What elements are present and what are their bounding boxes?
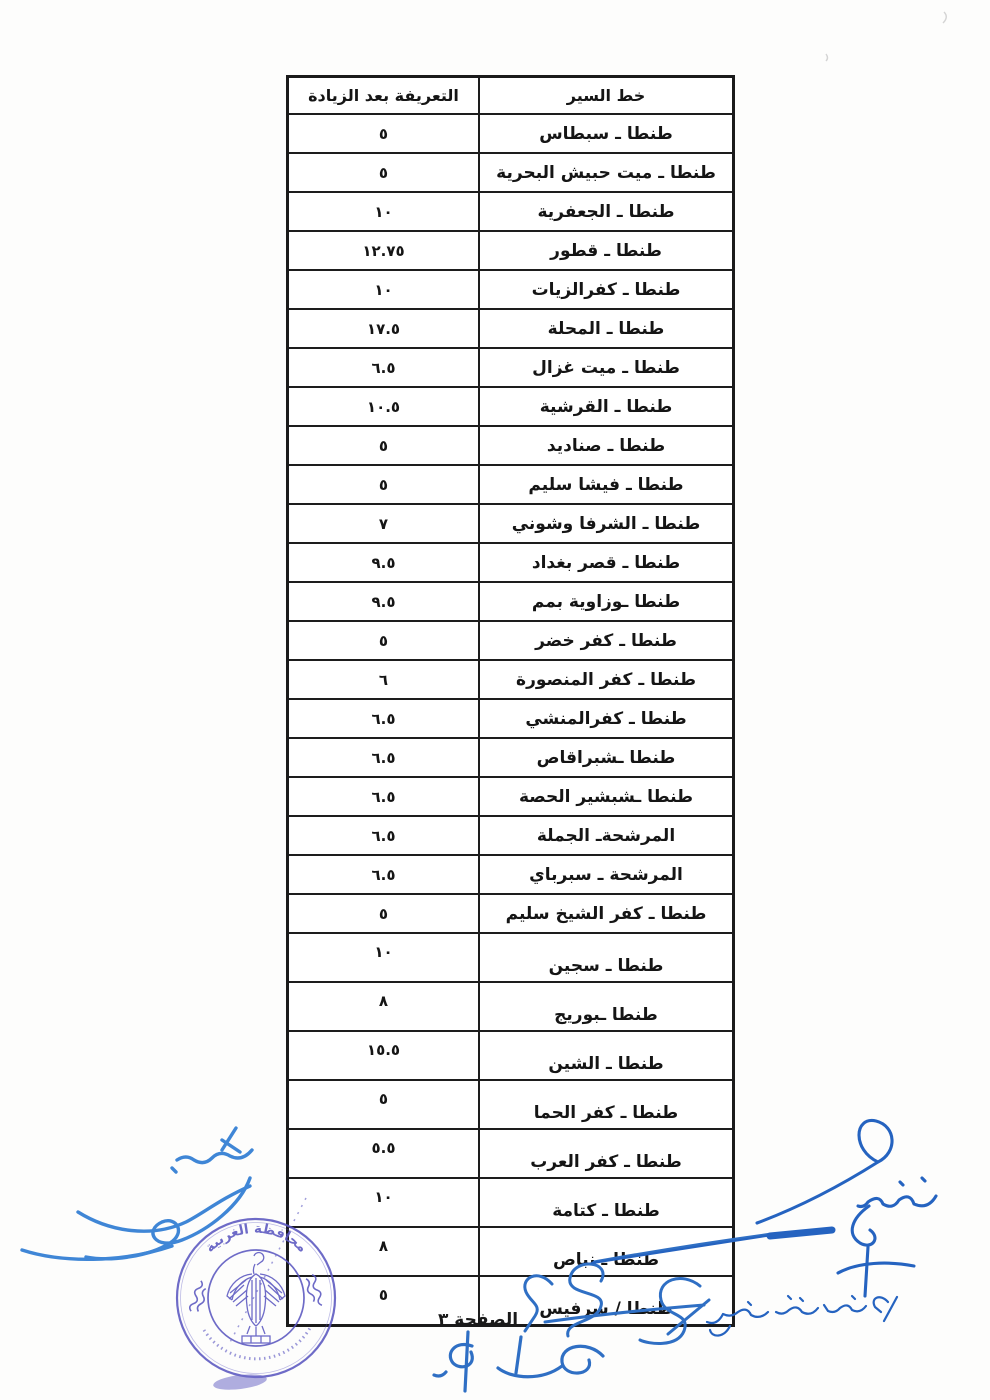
table-row: ١٢.٧٥طنطا ـ قطور bbox=[289, 230, 732, 269]
fare-cell: ٨ bbox=[289, 983, 480, 1030]
table-row: ٦.٥طنطا ـ كفرالمنشي bbox=[289, 698, 732, 737]
fare-cell: ١٧.٥ bbox=[289, 310, 480, 347]
fare-cell: ٦ bbox=[289, 661, 480, 698]
route-cell: طنطا ـ كفر خضر bbox=[480, 622, 732, 659]
signature-left bbox=[22, 1128, 252, 1259]
table-row: ١٠طنطا ـ كفرالزيات bbox=[289, 269, 732, 308]
route-cell: طنطا ـ المحلة bbox=[480, 310, 732, 347]
route-cell: طنطا ـ فيشا سليم bbox=[480, 466, 732, 503]
fare-cell: ١٥.٥ bbox=[289, 1032, 480, 1079]
fare-cell: ٩.٥ bbox=[289, 544, 480, 581]
route-cell: طنطا ـبوريج bbox=[480, 983, 732, 1030]
table-row: ٥طنطا ـ فيشا سليم bbox=[289, 464, 732, 503]
table-row: ٦طنطا ـ كفر المنصورة bbox=[289, 659, 732, 698]
fare-cell: ٥ bbox=[289, 154, 480, 191]
table-row: ٥.٥طنطا ـ كفر العرب bbox=[289, 1128, 732, 1177]
fare-cell: ٦.٥ bbox=[289, 700, 480, 737]
route-cell: طنطا ـ قصر بغداد bbox=[480, 544, 732, 581]
route-cell: طنطا ـ كفرالمنشي bbox=[480, 700, 732, 737]
table-row: ٥طنطا ـ سبطاس bbox=[289, 113, 732, 152]
table-row: ٦.٥المرشحةـ الجملة bbox=[289, 815, 732, 854]
table-header-row: التعريفة بعد الزيادة خط السير bbox=[289, 78, 732, 113]
fare-cell: ١٠ bbox=[289, 1179, 480, 1226]
fare-cell: ٥ bbox=[289, 622, 480, 659]
scanned-page: التعريفة بعد الزيادة خط السير ٥طنطا ـ سب… bbox=[0, 0, 990, 1400]
table-row: ٦.٥طنطا ـشبراقاص bbox=[289, 737, 732, 776]
route-cell: طنطا ـ القرشية bbox=[480, 388, 732, 425]
fare-cell: ٦.٥ bbox=[289, 856, 480, 893]
fare-cell: ٦.٥ bbox=[289, 349, 480, 386]
fare-cell: ٦.٥ bbox=[289, 739, 480, 776]
table-row: ١٥.٥طنطا ـ الشين bbox=[289, 1030, 732, 1079]
table-row: ٦.٥طنطا ـشبشير الحصة bbox=[289, 776, 732, 815]
table-row: ٩.٥طنطا ـوزاوية بمم bbox=[289, 581, 732, 620]
fare-cell: ٨ bbox=[289, 1228, 480, 1275]
handwritten-name bbox=[707, 1296, 897, 1336]
table-row: ٨طنطا ـ نباص bbox=[289, 1226, 732, 1275]
route-cell: طنطا ـ ميت حبيش البحرية bbox=[480, 154, 732, 191]
table-row: ٥طنطا ـ كفر الحما bbox=[289, 1079, 732, 1128]
fare-cell: ٥ bbox=[289, 115, 480, 152]
table-row: ٦.٥المرشحة ـ سبرباي bbox=[289, 854, 732, 893]
route-cell: طنطا ـ ميت غزال bbox=[480, 349, 732, 386]
header-route: خط السير bbox=[480, 78, 732, 113]
route-cell: طنطا ـ الشين bbox=[480, 1032, 732, 1079]
table-row: ١٠طنطا ـ سجين bbox=[289, 932, 732, 981]
table-row: ١٠طنطا ـ كتامة bbox=[289, 1177, 732, 1226]
route-cell: طنطا ـوزاوية بمم bbox=[480, 583, 732, 620]
scan-speck bbox=[826, 12, 946, 61]
fare-cell: ٦.٥ bbox=[289, 817, 480, 854]
route-cell: طنطا ـ كفر العرب bbox=[480, 1130, 732, 1177]
route-cell: طنطا ـ كفر الشيخ سليم bbox=[480, 895, 732, 932]
fare-cell: ٩.٥ bbox=[289, 583, 480, 620]
fare-cell: ١٢.٧٥ bbox=[289, 232, 480, 269]
table-row: ١٧.٥طنطا ـ المحلة bbox=[289, 308, 732, 347]
fare-cell: ٥ bbox=[289, 466, 480, 503]
table-row: ١٠.٥طنطا ـ القرشية bbox=[289, 386, 732, 425]
table-row: ٩.٥طنطا ـ قصر بغداد bbox=[289, 542, 732, 581]
route-cell: المرشحة ـ سبرباي bbox=[480, 856, 732, 893]
route-cell: طنطا ـ كفرالزيات bbox=[480, 271, 732, 308]
route-cell: طنطا ـ كفر الحما bbox=[480, 1081, 732, 1128]
fare-cell: ١٠.٥ bbox=[289, 388, 480, 425]
fare-cell: ٥.٥ bbox=[289, 1130, 480, 1177]
table-row: ٥طنطا ـ صناديد bbox=[289, 425, 732, 464]
eagle-emblem-icon bbox=[227, 1253, 285, 1343]
fare-cell: ٥ bbox=[289, 895, 480, 932]
table-row: ٥طنطا ـ كفر خضر bbox=[289, 620, 732, 659]
route-cell: طنطا ـ الجعفرية bbox=[480, 193, 732, 230]
fare-cell: ٥ bbox=[289, 427, 480, 464]
route-cell: طنطا ـ نباص bbox=[480, 1228, 732, 1275]
table-row: ٨طنطا ـبوريج bbox=[289, 981, 732, 1030]
table-rows: ٥طنطا ـ سبطاس٥طنطا ـ ميت حبيش البحرية١٠ط… bbox=[289, 113, 732, 1324]
fare-cell: ١٠ bbox=[289, 193, 480, 230]
route-cell: المرشحةـ الجملة bbox=[480, 817, 732, 854]
route-cell: طنطا ـ صناديد bbox=[480, 427, 732, 464]
route-cell: طنطا ـ سبطاس bbox=[480, 115, 732, 152]
route-cell: طنطا ـ الشرفا وشوني bbox=[480, 505, 732, 542]
fare-cell: ٧ bbox=[289, 505, 480, 542]
route-cell: طنطا ـ كتامة bbox=[480, 1179, 732, 1226]
table-row: ١٠طنطا ـ الجعفرية bbox=[289, 191, 732, 230]
table-row: ٦.٥طنطا ـ ميت غزال bbox=[289, 347, 732, 386]
header-fare: التعريفة بعد الزيادة bbox=[289, 78, 480, 113]
route-cell: طنطا ـشبشير الحصة bbox=[480, 778, 732, 815]
route-cell: طنطا ـشبراقاص bbox=[480, 739, 732, 776]
page-number: الصفحة ٣ bbox=[438, 1310, 526, 1330]
fare-cell: ٥ bbox=[289, 1081, 480, 1128]
fare-cell: ١٠ bbox=[289, 934, 480, 981]
fare-cell: ١٠ bbox=[289, 271, 480, 308]
route-cell: طنطا ـ كفر المنصورة bbox=[480, 661, 732, 698]
route-cell: طنطا ـ قطور bbox=[480, 232, 732, 269]
table-row: ٥طنطا ـ كفر الشيخ سليم bbox=[289, 893, 732, 932]
fare-cell: ٦.٥ bbox=[289, 778, 480, 815]
fare-table: التعريفة بعد الزيادة خط السير ٥طنطا ـ سب… bbox=[286, 75, 735, 1327]
table-row: ٥طنطا ـ ميت حبيش البحرية bbox=[289, 152, 732, 191]
table-row: ٧طنطا ـ الشرفا وشوني bbox=[289, 503, 732, 542]
signature-center-lower bbox=[434, 1332, 603, 1391]
route-cell: طنطا ـ سجين bbox=[480, 934, 732, 981]
